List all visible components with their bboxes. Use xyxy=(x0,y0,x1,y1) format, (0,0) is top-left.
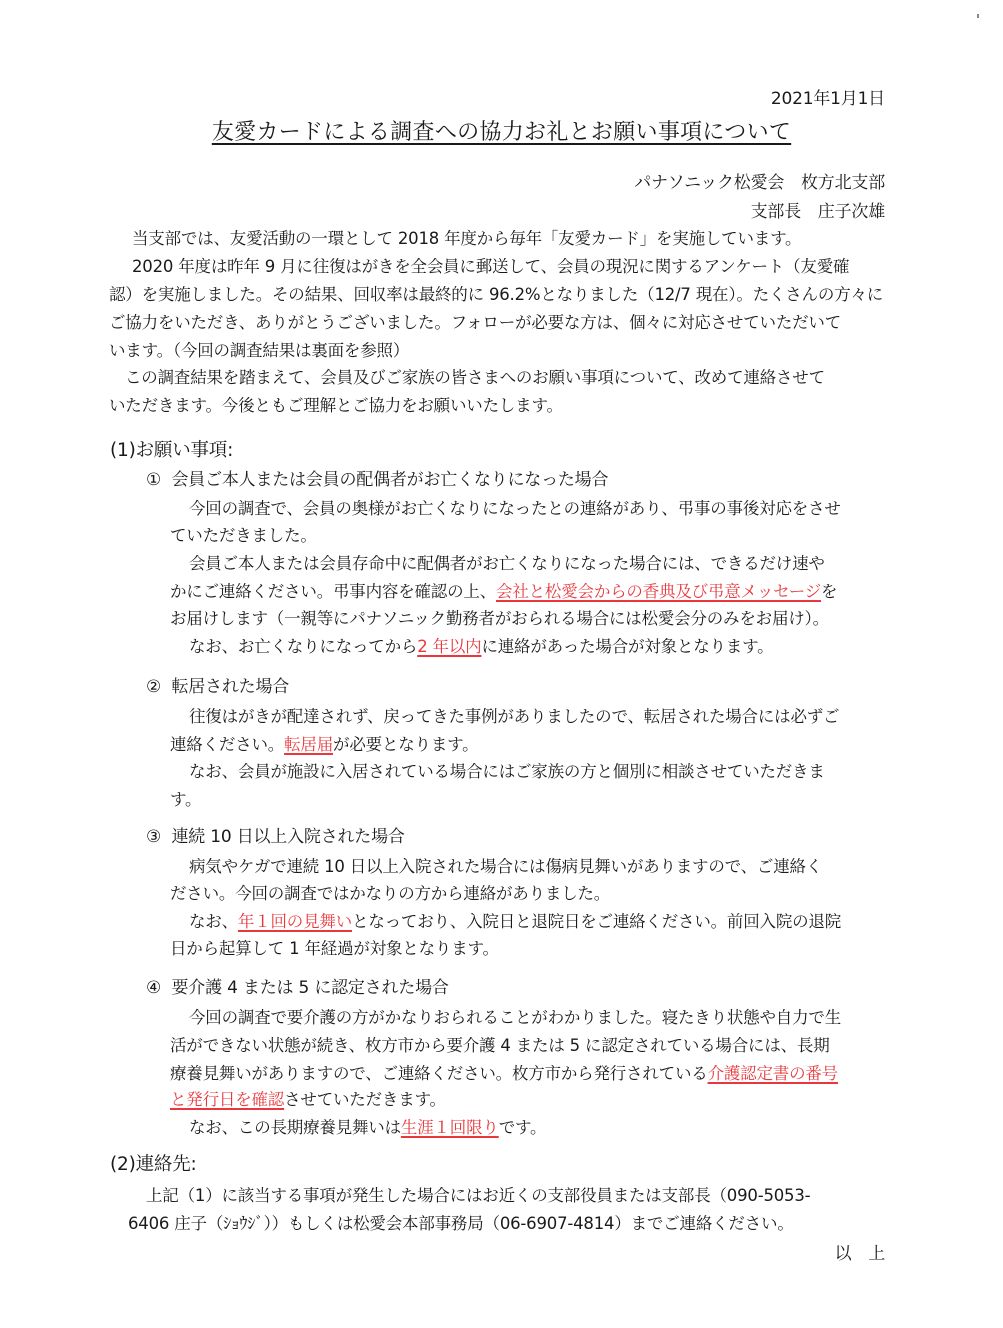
item-title-text: 転居された場合 xyxy=(171,677,289,697)
document-title: 友愛カードによる調査への協力お礼とお願い事項について xyxy=(0,118,1003,148)
highlight-once-a-year: 年１回の見舞い xyxy=(238,912,352,931)
item-line: ださい。今回の調査ではかなりの方から連絡がありました。 xyxy=(170,883,610,905)
item-line: 今回の調査で要介護の方がかなりおられることがわかりました。寝たきり状態や自力で生 xyxy=(189,1007,841,1029)
text: なお、この長期療養見舞いは xyxy=(189,1118,401,1137)
item-line: と発行日を確認させていただきます。 xyxy=(170,1089,446,1111)
item-line: なお、お亡くなりになってから2 年以内に連絡があった場合が対象となります。 xyxy=(189,636,773,658)
item-title-text: 要介護 4 または 5 に認定された場合 xyxy=(171,978,448,998)
author-name: 支部長 庄子次雄 xyxy=(751,201,885,223)
text: が必要となります。 xyxy=(333,735,478,754)
text: を xyxy=(821,582,837,601)
contact-line: 6406 庄子（ｼｮｳｼﾞ））もしくは松愛会本部事務局（06-6907-4814… xyxy=(128,1213,794,1235)
highlight-issue-date: と発行日を確認 xyxy=(170,1090,284,1109)
highlight-care-certificate: 介護認定書の番号 xyxy=(708,1064,838,1083)
text: 連絡ください。 xyxy=(170,735,284,754)
item-line: 日から起算して 1 年経過が対象となります。 xyxy=(170,938,499,960)
text: させていただきます。 xyxy=(284,1090,446,1109)
item-title: ② 転居された場合 xyxy=(146,676,289,698)
item-line: 今回の調査で、会員の奥様がお亡くなりになったとの連絡があり、弔事の事後対応をさせ xyxy=(189,498,841,520)
text: となっており、入院日と退院日をご連絡ください。前回入院の退院 xyxy=(352,912,841,931)
highlight-two-years: 2 年以内 xyxy=(417,637,481,656)
item-title-text: 連続 10 日以上入院された場合 xyxy=(171,827,404,847)
item-number: ③ xyxy=(146,827,161,847)
intro-line: 2020 年度は昨年 9 月に往復はがきを全会員に郵送して、会員の現況に関するア… xyxy=(132,256,849,278)
highlight-condolence: 会社と松愛会からの香典及び弔意メッセージ xyxy=(496,582,821,601)
item-number: ② xyxy=(146,677,161,697)
item-title: ④ 要介護 4 または 5 に認定された場合 xyxy=(146,977,449,999)
highlight-relocation-notice: 転居届 xyxy=(284,735,333,754)
item-line: 病気やケガで連続 10 日以上入院された場合には傷病見舞いがありますので、ご連絡… xyxy=(189,856,822,878)
item-line: ていただきました。 xyxy=(170,525,317,547)
intro-line: 当支部では、友愛活動の一環として 2018 年度から毎年「友愛カード」を実施して… xyxy=(132,228,801,250)
closing-mark: 以 上 xyxy=(835,1243,885,1265)
contact-line: 上記（1）に該当する事項が発生した場合にはお近くの支部役員または支部長（090-… xyxy=(146,1185,810,1207)
intro-line: 認）を実施しました。その結果、回収率は最終的に 96.2%となりました（12/7… xyxy=(109,284,883,306)
intro-line: ご協力をいただき、ありがとうございました。フォローが必要な方は、個々に対応させて… xyxy=(109,312,841,334)
item-title: ① 会員ご本人または会員の配偶者がお亡くなりになった場合 xyxy=(146,469,608,491)
highlight-once-in-lifetime: 生涯１回限り xyxy=(401,1118,499,1137)
text: なお、 xyxy=(189,912,238,931)
document-date: 2021年1月1日 xyxy=(771,88,885,110)
document-page: 2021年1月1日 友愛カードによる調査への協力お礼とお願い事項について パナソ… xyxy=(0,0,1003,1328)
intro-line: います。（今回の調査結果は裏面を参照） xyxy=(109,340,409,362)
section-heading-requests: (1)お願い事項: xyxy=(110,440,233,462)
intro-line: いただきます。今後ともご理解とご協力をお願いいたします。 xyxy=(109,395,563,417)
text: かにご連絡ください。弔事内容を確認の上、 xyxy=(170,582,496,601)
item-title-text: 会員ご本人または会員の配偶者がお亡くなりになった場合 xyxy=(171,470,608,490)
item-line: 会員ご本人または会員存命中に配偶者がお亡くなりになった場合には、できるだけ速や xyxy=(189,553,825,575)
text: なお、お亡くなりになってから xyxy=(189,637,417,656)
document-title-text: 友愛カードによる調査への協力お礼とお願い事項について xyxy=(212,120,791,145)
item-line: かにご連絡ください。弔事内容を確認の上、会社と松愛会からの香典及び弔意メッセージ… xyxy=(170,581,837,603)
item-number: ④ xyxy=(146,978,161,998)
item-line: なお、年１回の見舞いとなっており、入院日と退院日をご連絡ください。前回入院の退院 xyxy=(189,911,841,933)
item-line: 療養見舞いがありますので、ご連絡ください。枚方市から発行されている介護認定書の番… xyxy=(170,1063,838,1085)
item-line: お届けします（一親等にパナソニック勤務者がおられる場合には松愛会分のみをお届け）… xyxy=(170,608,829,630)
item-number: ① xyxy=(146,470,161,490)
item-line: 往復はがきが配達されず、戻ってきた事例がありましたので、転居された場合には必ずご xyxy=(189,706,839,728)
item-line: す。 xyxy=(170,789,201,811)
text: 療養見舞いがありますので、ご連絡ください。枚方市から発行されている xyxy=(170,1064,708,1083)
item-title: ③ 連続 10 日以上入院された場合 xyxy=(146,826,405,848)
section-heading-contact: (2)連絡先: xyxy=(110,1154,197,1176)
organization-name: パナソニック松愛会 枚方北支部 xyxy=(634,172,885,194)
item-line: 連絡ください。転居届が必要となります。 xyxy=(170,734,478,756)
item-line: なお、会員が施設に入居されている場合にはご家族の方と個別に相談させていただきま xyxy=(189,761,825,783)
text: に連絡があった場合が対象となります。 xyxy=(481,637,773,656)
intro-line: この調査結果を踏まえて、会員及びご家族の皆さまへのお願い事項について、改めて連絡… xyxy=(125,367,825,389)
scan-artifact xyxy=(977,14,979,18)
text: です。 xyxy=(499,1118,547,1137)
item-line: 活ができない状態が続き、枚方市から要介護 4 または 5 に認定されている場合に… xyxy=(170,1035,830,1057)
item-line: なお、この長期療養見舞いは生涯１回限りです。 xyxy=(189,1117,546,1139)
